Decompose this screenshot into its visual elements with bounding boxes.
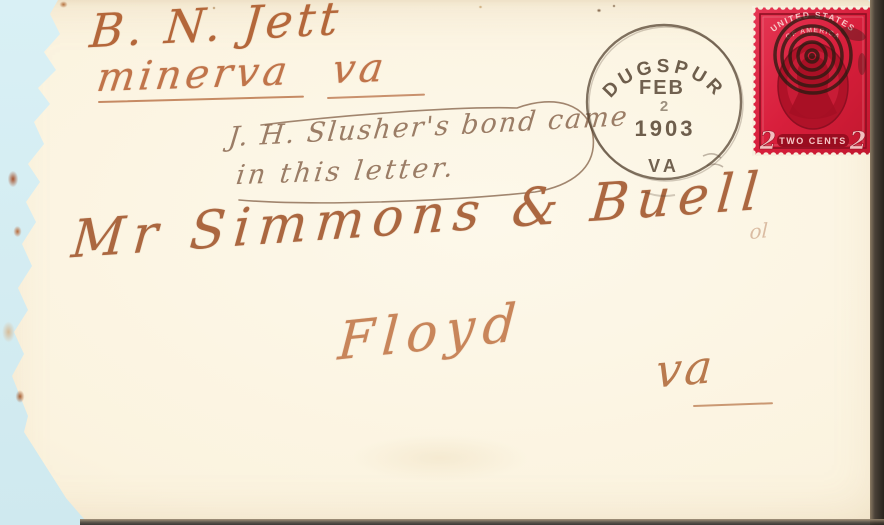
ink-speck <box>612 4 616 8</box>
postmark-day: 2 <box>660 98 668 115</box>
postage-stamp: UNITED STATES OF AMERICA 2 2 TWO CENTS <box>752 6 874 156</box>
postmark-month: FEB <box>639 77 685 99</box>
foxing-spot <box>14 388 26 405</box>
ink-speck <box>478 5 483 9</box>
postmark-year: 1903 <box>635 116 696 141</box>
sender-name: B. N. Jett <box>88 0 344 54</box>
ink-smudge <box>645 192 675 196</box>
destination-state: va <box>654 343 717 395</box>
stamp-denomination: TWO CENTS <box>779 136 847 146</box>
paper-stain <box>330 428 550 488</box>
postmark-state: VA <box>648 156 680 176</box>
foxing-spot <box>58 0 69 9</box>
scan-edge-shadow <box>870 0 884 525</box>
foxing-spot <box>6 168 20 190</box>
stamp-numeral-left: 2 <box>759 126 777 155</box>
foxing-spot <box>0 318 17 346</box>
postmark: DUGSPUR FEB 2 1903 VA <box>575 10 755 200</box>
envelope-scan: B. N. Jett minervava J. H. Slusher's bon… <box>0 0 884 525</box>
stray-pencil-mark: ol <box>749 220 768 242</box>
scan-edge-shadow <box>80 519 884 525</box>
stamp-numeral-right: 2 <box>849 126 867 155</box>
foxing-spot <box>12 224 23 239</box>
